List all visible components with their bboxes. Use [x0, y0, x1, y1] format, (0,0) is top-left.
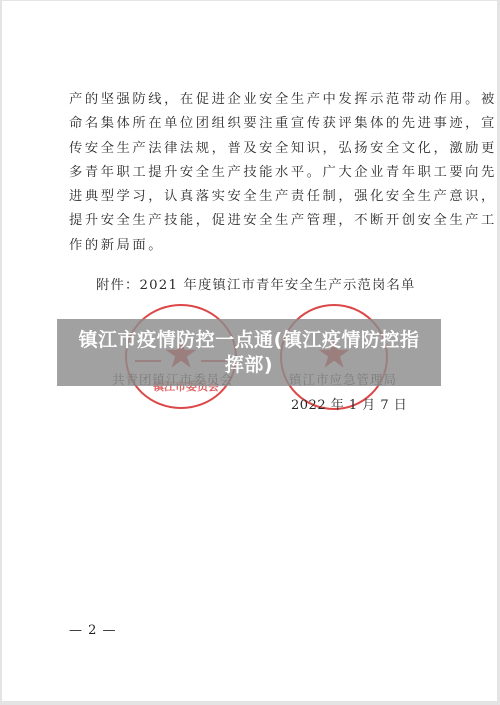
- body-line: 传安全生产法律法规，普及安全知识，弘扬安全文化，激励更: [69, 137, 439, 161]
- body-line: 命名集体所在单位团组织要注重宣传获评集体的先进事迹，宣: [69, 112, 439, 136]
- body-line: 产的坚强防线，在促进企业安全生产中发挥示范带动作用。被: [69, 88, 439, 112]
- body-line: 提升安全生产技能，促进安全生产管理，不断开创安全生产工: [69, 209, 439, 233]
- body-line: 作的新局面。: [69, 234, 439, 258]
- page-number: — 2 —: [69, 623, 117, 638]
- attachment-note: 附件：2021 年度镇江市青年安全生产示范岗名单: [96, 274, 416, 293]
- title-overlay-banner: 镇江市疫情防控一点通(镇江疫情防控指挥部): [57, 319, 441, 386]
- document-date: 2022 年 1 月 7 日: [291, 394, 407, 413]
- body-line: 进典型学习，认真落实安全生产责任制，强化安全生产意识，: [69, 185, 439, 209]
- overlay-title: 镇江市疫情防控一点通(镇江疫情防控指挥部): [69, 328, 429, 378]
- body-line: 多青年职工提升安全生产技能水平。广大企业青年职工要向先: [69, 161, 439, 185]
- body-paragraph: 产的坚强防线，在促进企业安全生产中发挥示范带动作用。被 命名集体所在单位团组织要…: [69, 88, 439, 258]
